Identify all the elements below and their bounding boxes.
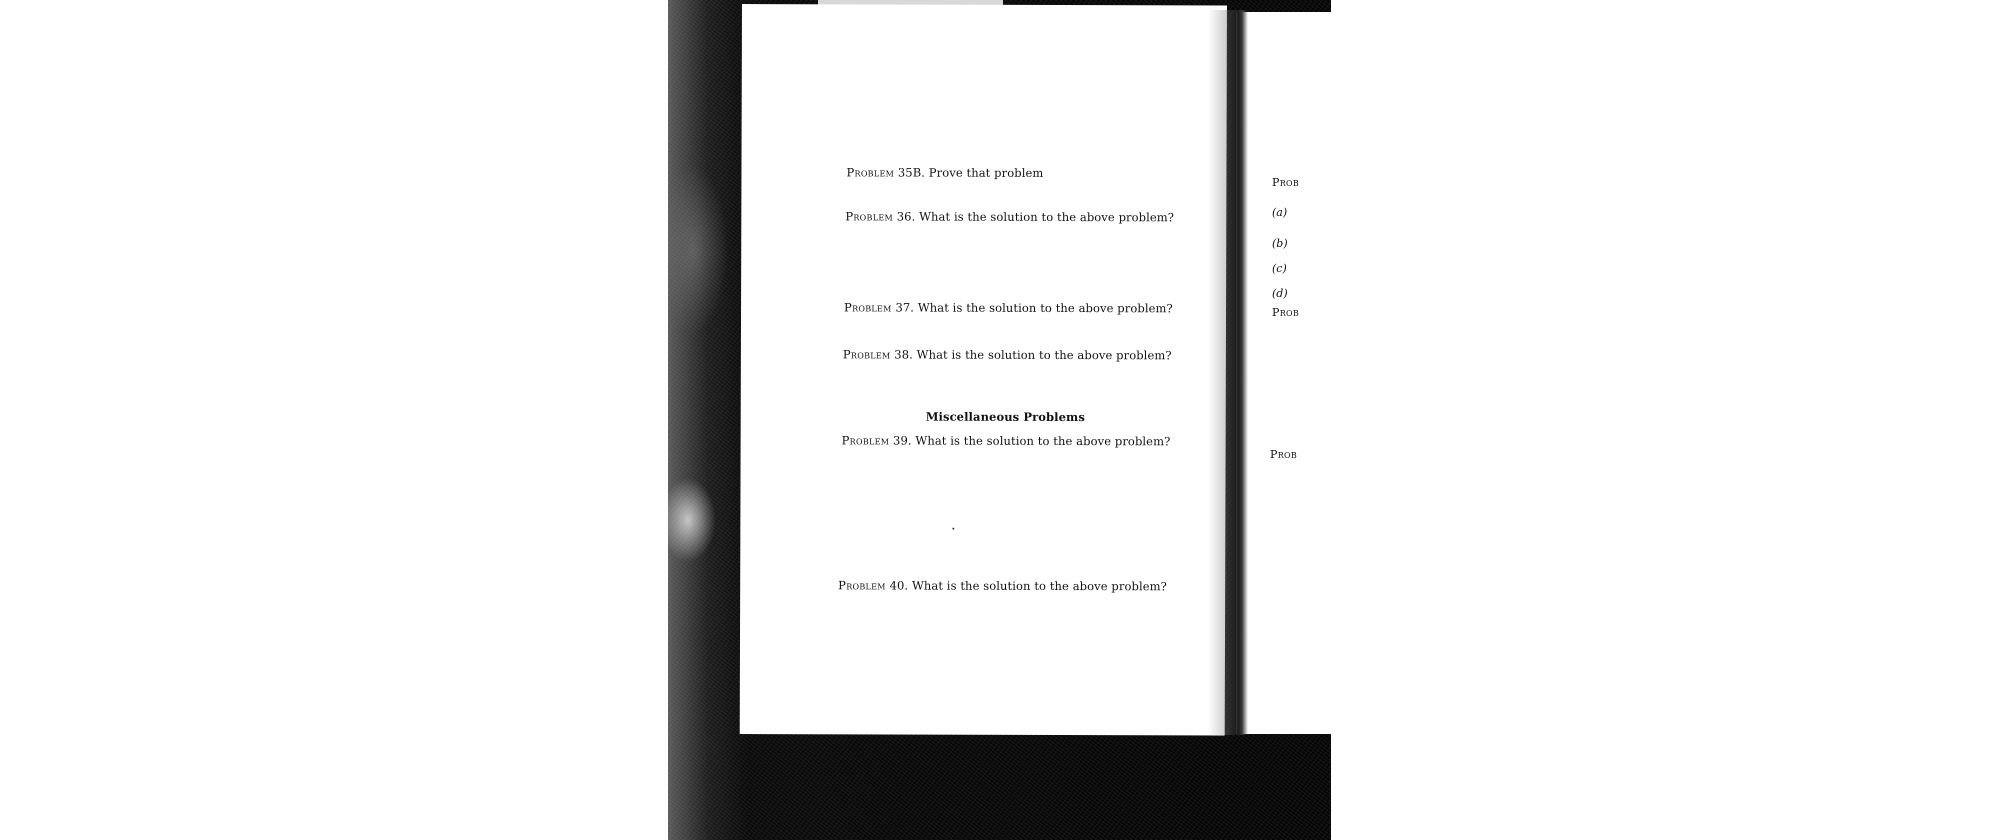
problem-38: Problem 38. What is the solution to the … [843,347,1172,362]
problem-40: Problem 40. What is the solution to the … [838,578,1167,593]
problem-text: What is the solution to the above proble… [918,301,1173,316]
scanned-book-spread: Problem 35B. Prove that problem Problem … [668,0,1331,840]
right-item-b: (b) [1272,237,1288,250]
right-item-a: (a) [1272,206,1287,219]
problem-text: What is the solution to the above proble… [912,579,1167,594]
problem-number: 39. [893,433,912,447]
problem-37: Problem 37. What is the solution to the … [844,300,1173,315]
problem-text: What is the solution to the above proble… [915,434,1170,449]
right-problem-label: Prob [1272,306,1299,319]
section-heading: Miscellaneous Problems [926,410,1085,425]
problem-number: 36. [897,209,916,223]
problem-label: Problem [844,300,892,314]
problem-35b: Problem 35B. Prove that problem [846,165,1043,180]
problem-36: Problem 36. What is the solution to the … [845,209,1174,224]
book-gutter-shadow [1208,10,1248,735]
right-problem-label: Prob [1270,448,1297,461]
right-problem-label: Prob [1272,176,1299,189]
problem-number: 40. [890,578,909,592]
left-page: Problem 35B. Prove that problem Problem … [740,4,1227,736]
problem-text: What is the solution to the above proble… [919,210,1174,225]
problem-text: Prove that problem [929,166,1044,180]
problem-number: 38. [894,347,913,361]
problem-label: Problem [845,209,893,223]
problem-label: Problem [842,433,890,447]
print-speck [952,528,954,530]
problem-label: Problem [846,165,894,179]
right-item-d: (d) [1272,287,1288,300]
problem-39: Problem 39. What is the solution to the … [842,433,1171,448]
problem-text: What is the solution to the above proble… [917,348,1172,363]
right-item-c: (c) [1272,262,1287,275]
problem-number: 35B. [898,165,925,179]
problem-number: 37. [895,300,914,314]
right-page: Prob (a) (b) (c) (d) Prob Prob [1236,12,1331,734]
problem-label: Problem [843,347,891,361]
problem-label: Problem [838,578,886,592]
